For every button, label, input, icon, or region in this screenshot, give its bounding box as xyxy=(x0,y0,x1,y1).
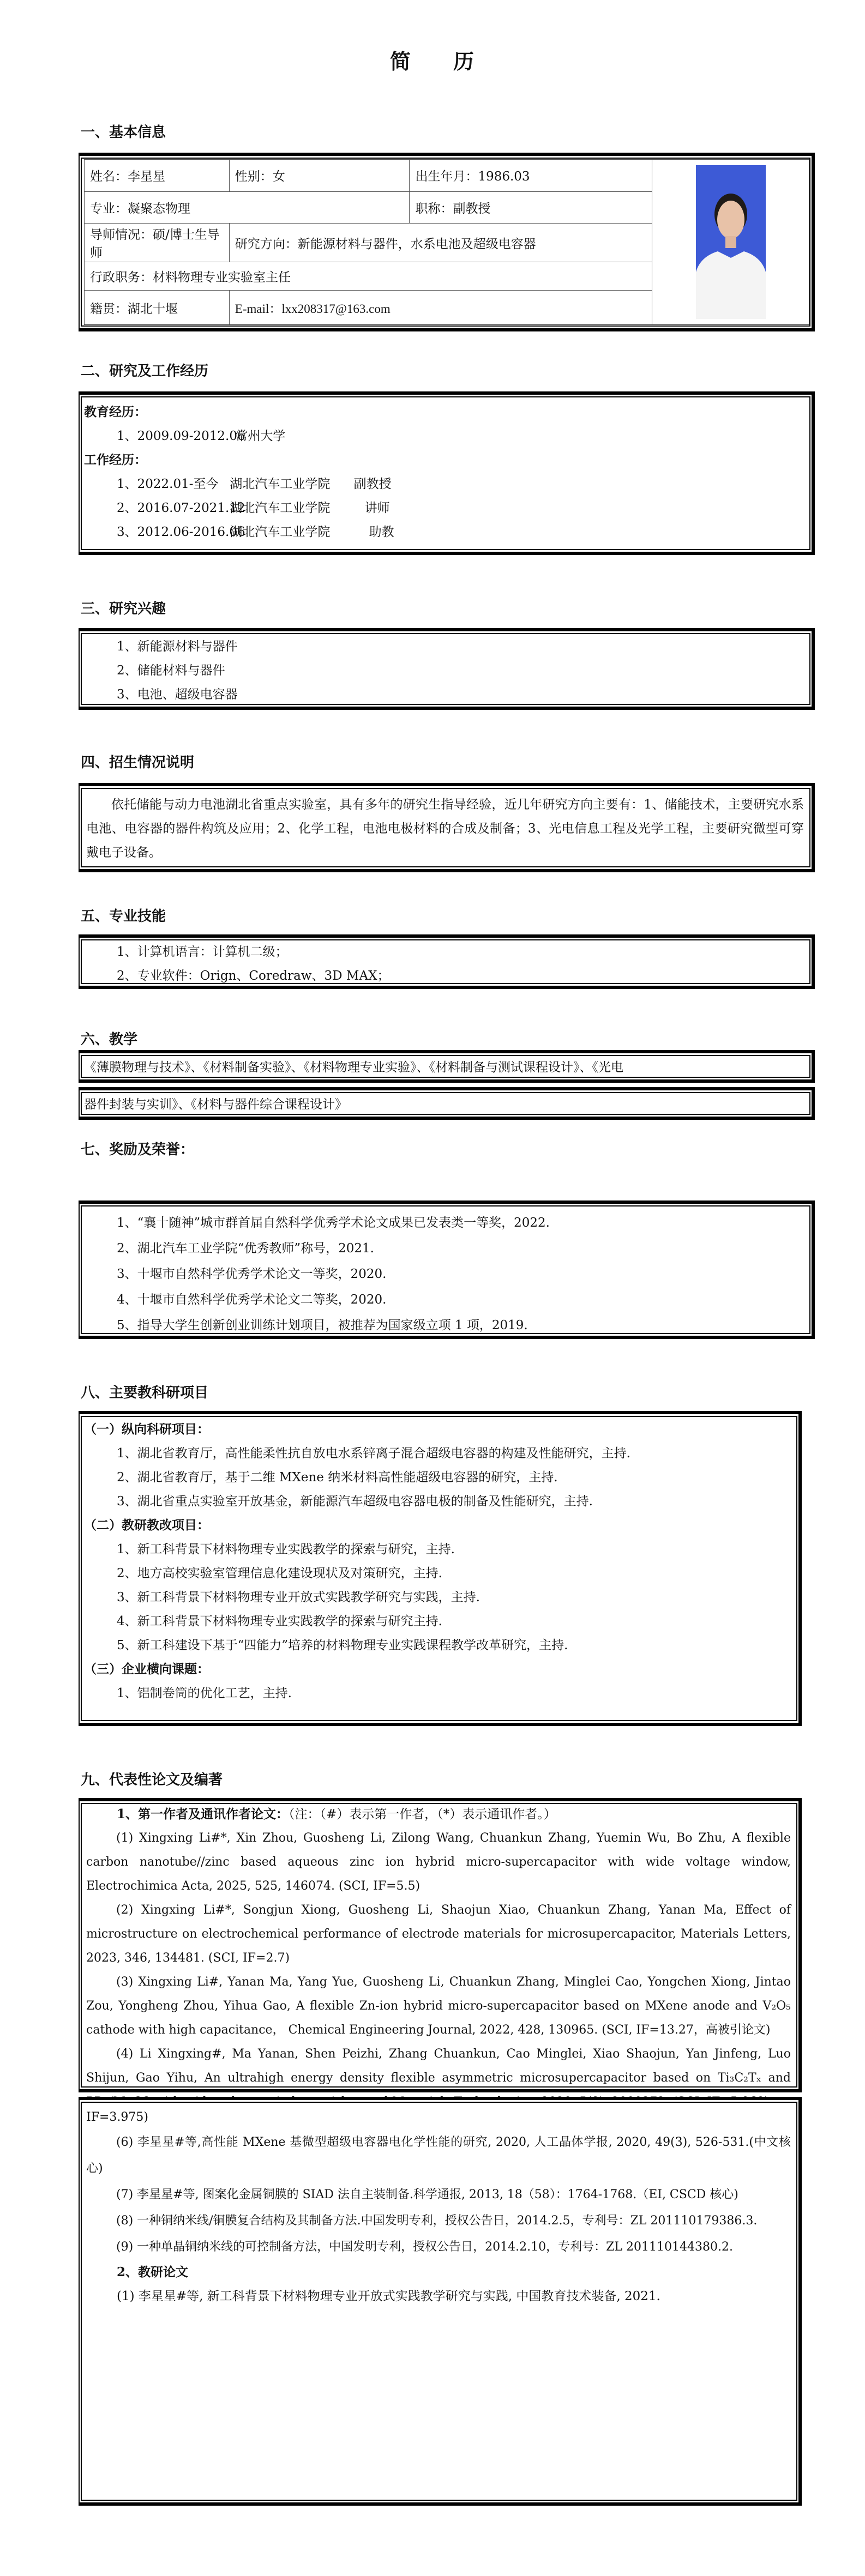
papers-box-2: IF=3.975) (6) 李星星#等,高性能 MXene 基微型超级电容器电化… xyxy=(79,2097,802,2506)
teaching-box-1: 《薄膜物理与技术》、《材料制备实验》、《材料物理专业实验》、《材料制备与测试课程… xyxy=(79,1050,815,1083)
work-item: 3、2012.06-2016.06 湖北汽车工业学院 助教 xyxy=(84,520,806,544)
basic-info-box: 姓名：李星星 性别：女 出生年月：1986.03 专业：凝聚态物理 职称：副教授 xyxy=(79,153,815,331)
skills-box: 1、计算机语言：计算机二级； 2、专业软件：Orign、Coredraw、3D … xyxy=(79,934,815,989)
project-item: 1、铝制卷筒的优化工艺，主持. xyxy=(84,1681,793,1705)
interest-item: 1、新能源材料与器件 xyxy=(84,635,806,659)
professional-title-cell: 职称：副教授 xyxy=(410,191,652,224)
section-heading-projects: 八、主要教科研项目 xyxy=(81,1381,208,1402)
section-heading-skills: 五、专业技能 xyxy=(81,905,166,925)
project-item: 3、新工科背景下材料物理专业开放式实践教学研究与实践，主持. xyxy=(84,1585,793,1609)
education-item: 1、2009.09-2012.06 常州大学 xyxy=(84,424,806,448)
paper-ref: (3) Xingxing Li#, Yanan Ma, Yang Yue, Gu… xyxy=(84,1970,793,2042)
paper-ref: (7) 李星星#等, 图案化金属铜膜的 SIAD 法自主装制备.科学通报, 20… xyxy=(84,2182,793,2208)
interests-box: 1、新能源材料与器件 2、储能材料与器件 3、电池、超级电容器 xyxy=(79,628,815,710)
name-cell: 姓名：李星星 xyxy=(85,160,230,192)
project-item: 3、湖北省重点实验室开放基金，新能源汽车超级电容器电极的制备及性能研究，主持. xyxy=(84,1489,793,1513)
project-item: 2、湖北省教育厅，基于二维 MXene 纳米材料高性能超级电容器的研究，主持. xyxy=(84,1465,793,1489)
document-title: 简历 xyxy=(0,45,865,75)
paper-ref: (2) Xingxing Li#*, Songjun Xiong, Guoshe… xyxy=(84,1898,793,1970)
email-cell: E-mail：lxx208317@163.com xyxy=(229,291,652,325)
title-char-1: 简 xyxy=(390,45,412,75)
birth-cell: 出生年月：1986.03 xyxy=(410,160,652,192)
project-item: 2、地方高校实验室管理信息化建设现状及对策研究，主持. xyxy=(84,1561,793,1585)
project-item: 1、新工科背景下材料物理专业实践教学的探索与研究，主持. xyxy=(84,1537,793,1561)
project-item: 5、新工科建设下基于“四能力”培养的材料物理专业实践课程教学改革研究，主持. xyxy=(84,1633,793,1657)
work-item: 1、2022.01-至今 湖北汽车工业学院 副教授 xyxy=(84,472,806,496)
title-char-2: 历 xyxy=(453,45,475,75)
award-item: 5、指导大学生创新创业训练计划项目，被推荐为国家级立项 1 项，2019. xyxy=(84,1313,806,1338)
papers-box-1: 1、第一作者及通讯作者论文：（注：（#）表示第一作者，（*）表示通讯作者。） (… xyxy=(79,1798,802,2092)
basic-info-table: 姓名：李星星 性别：女 出生年月：1986.03 专业：凝聚态物理 职称：副教授 xyxy=(84,159,809,325)
papers-subheading-teaching: 2、教研论文 xyxy=(84,2260,793,2284)
patent-ref: (9) 一种单晶铜纳米线的可控制备方法，中国发明专利，授权公告日，2014.2.… xyxy=(84,2234,793,2260)
project-group-label: （三）企业横向课题： xyxy=(84,1657,793,1681)
portrait-photo xyxy=(696,165,766,319)
work-item: 2、2016.07-2021.12 湖北汽车工业学院 讲师 xyxy=(84,496,806,520)
award-item: 1、“襄十随神”城市群首届自然科学优秀学术论文成果已发表类一等奖，2022. xyxy=(84,1210,806,1236)
interest-item: 2、储能材料与器件 xyxy=(84,659,806,683)
gender-cell: 性别：女 xyxy=(229,160,410,192)
paper-ref: (1) Xingxing Li#*, Xin Zhou, Guosheng Li… xyxy=(84,1826,793,1898)
award-item: 2、湖北汽车工业学院“优秀教师”称号，2021. xyxy=(84,1236,806,1262)
education-label: 教育经历： xyxy=(84,400,806,424)
admission-text: 依托储能与动力电池湖北省重点实验室，具有多年的研究生指导经验，近几年研究方向主要… xyxy=(84,793,806,865)
section-heading-experience: 二、研究及工作经历 xyxy=(81,360,208,380)
teaching-courses-line-1: 《薄膜物理与技术》、《材料制备实验》、《材料物理专业实验》、《材料制备与测试课程… xyxy=(84,1055,806,1079)
section-heading-admission: 四、招生情况说明 xyxy=(81,751,194,771)
skill-item: 2、专业软件：Orign、Coredraw、3D MAX； xyxy=(84,964,806,988)
project-group-label: （一）纵向科研项目： xyxy=(84,1417,793,1441)
section-heading-papers: 九、代表性论文及编著 xyxy=(81,1769,223,1789)
section-heading-teaching: 六、教学 xyxy=(81,1028,137,1048)
supervisor-cell: 导师情况：硕/博士生导师 xyxy=(85,224,230,262)
admin-post-cell: 行政职务：材料物理专业实验室主任 xyxy=(85,262,652,291)
skill-item: 1、计算机语言：计算机二级； xyxy=(84,940,806,964)
awards-box: 1、“襄十随神”城市群首届自然科学优秀学术论文成果已发表类一等奖，2022. 2… xyxy=(79,1200,815,1339)
project-item: 1、湖北省教育厅，高性能柔性抗自放电水系锌离子混合超级电容器的构建及性能研究，主… xyxy=(84,1441,793,1465)
admission-box: 依托储能与动力电池湖北省重点实验室，具有多年的研究生指导经验，近几年研究方向主要… xyxy=(79,783,815,872)
research-direction-cell: 研究方向：新能源材料与器件，水系电池及超级电容器 xyxy=(229,224,652,262)
section-heading-basic-info: 一、基本信息 xyxy=(81,121,166,141)
major-cell: 专业：凝聚态物理 xyxy=(85,191,410,224)
project-item: 4、新工科背景下材料物理专业实践教学的探索与研究主持. xyxy=(84,1609,793,1633)
paper-ref-continuation: IF=3.975) xyxy=(84,2106,793,2129)
award-item: 3、十堰市自然科学优秀学术论文一等奖，2020. xyxy=(84,1262,806,1287)
section-heading-awards: 七、奖励及荣誉： xyxy=(81,1138,194,1159)
experience-box: 教育经历： 1、2009.09-2012.06 常州大学 工作经历： 1、202… xyxy=(79,391,815,555)
portrait-illustration-icon xyxy=(696,165,766,319)
papers-note: （注：（#）表示第一作者，（*）表示通讯作者。） xyxy=(289,1807,556,1821)
patent-ref: (8) 一种铜纳米线/铜膜复合结构及其制备方法.中国发明专利，授权公告日，201… xyxy=(84,2208,793,2234)
interest-item: 3、电池、超级电容器 xyxy=(84,683,806,707)
hometown-cell: 籍贯：湖北十堰 xyxy=(85,291,230,325)
photo-cell xyxy=(652,160,809,325)
section-heading-interests: 三、研究兴趣 xyxy=(81,598,166,618)
award-item: 4、十堰市自然科学优秀学术论文二等奖，2020. xyxy=(84,1287,806,1313)
teaching-paper-ref: (1) 李星星#等, 新工科背景下材料物理专业开放式实践教学研究与实践, 中国教… xyxy=(84,2284,793,2308)
paper-ref: (6) 李星星#等,高性能 MXene 基微型超级电容器电化学性能的研究, 20… xyxy=(84,2129,793,2182)
papers-subheading-first-author: 1、第一作者及通讯作者论文：（注：（#）表示第一作者，（*）表示通讯作者。） xyxy=(84,1802,793,1826)
project-group-label: （二）教研教改项目： xyxy=(84,1513,793,1537)
teaching-box-2: 器件封装与实训》、《材料与器件综合课程设计》 xyxy=(79,1087,815,1120)
teaching-courses-line-2: 器件封装与实训》、《材料与器件综合课程设计》 xyxy=(84,1093,806,1117)
projects-box: （一）纵向科研项目： 1、湖北省教育厅，高性能柔性抗自放电水系锌离子混合超级电容… xyxy=(79,1411,802,1726)
work-label: 工作经历： xyxy=(84,448,806,472)
